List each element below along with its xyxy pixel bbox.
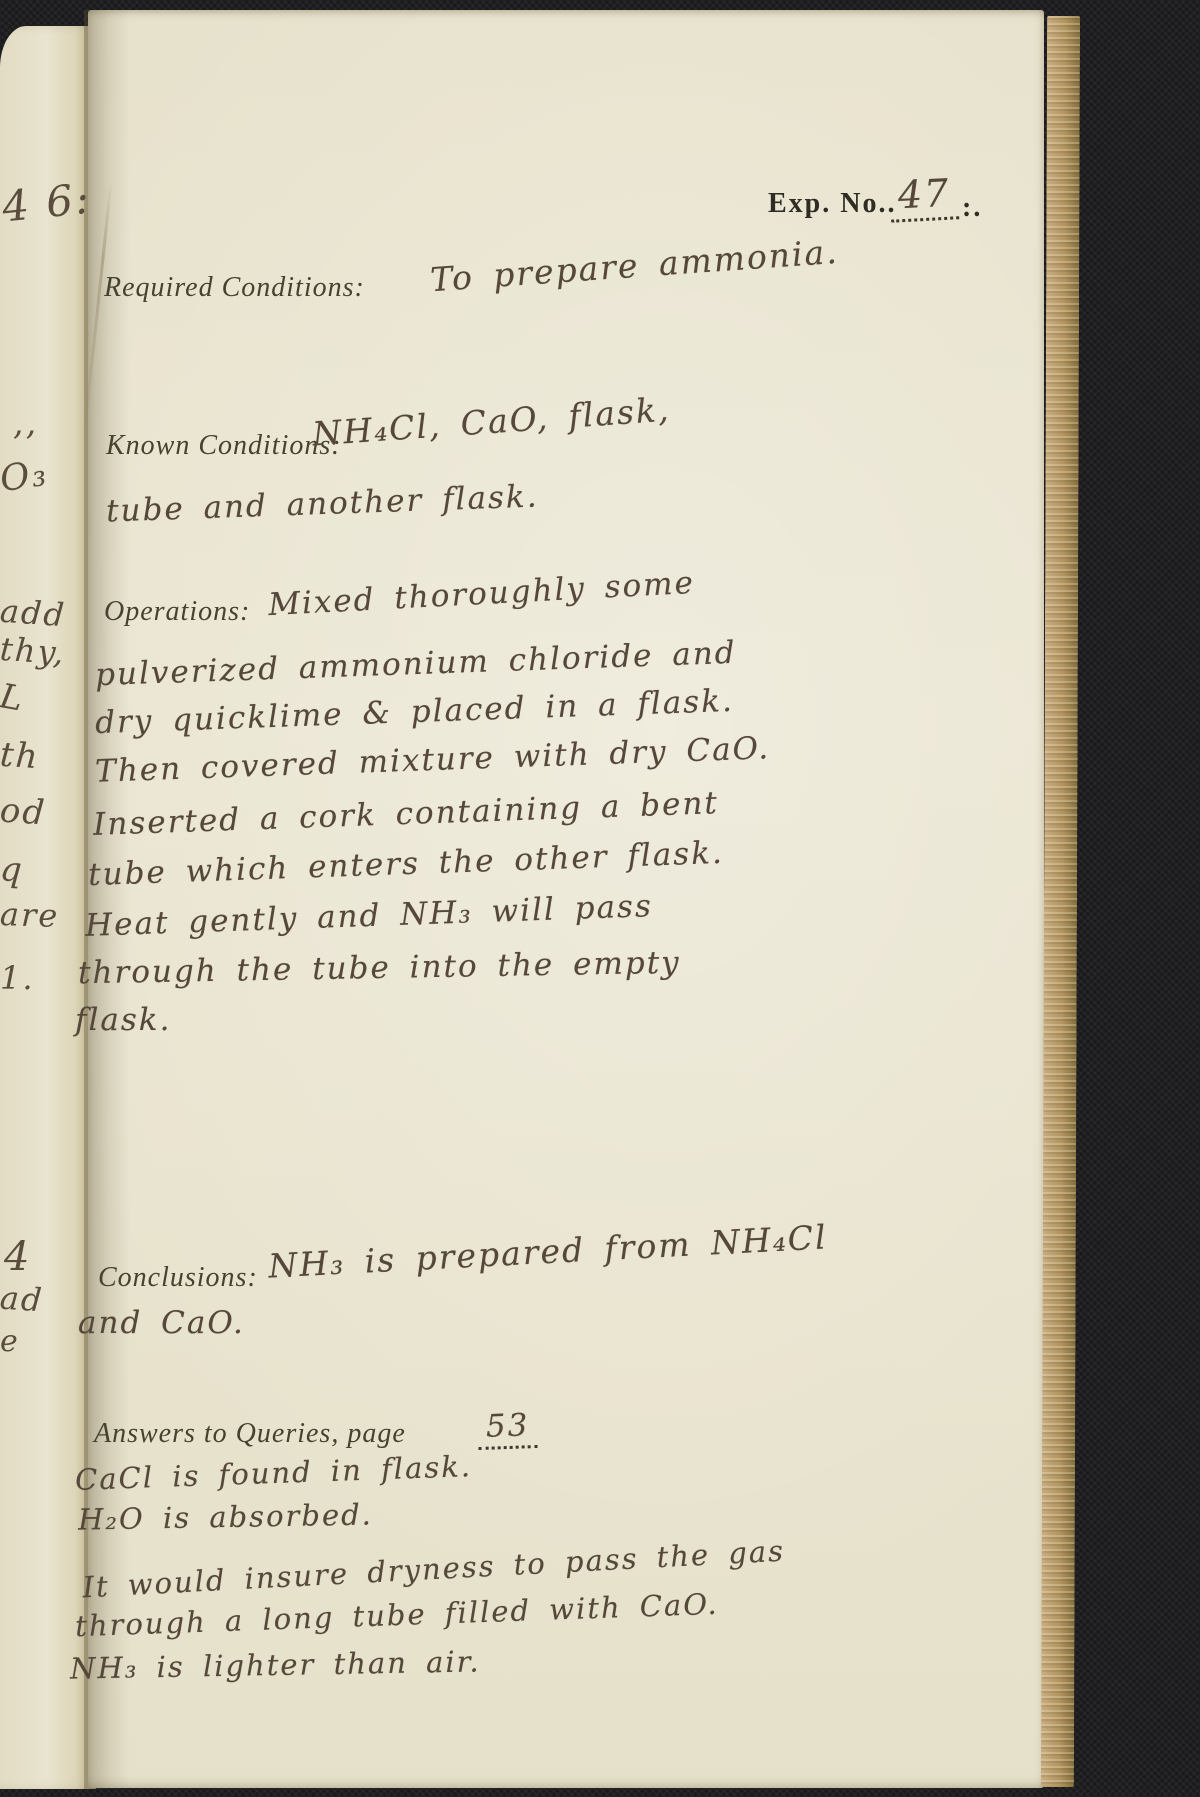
conclusions-line1: NH₃ is prepared from NH₄Cl — [267, 1217, 828, 1285]
conclusions-label: Conclusions: — [98, 1262, 258, 1294]
operations-line: Mixed thoroughly some — [267, 565, 695, 623]
answers-line: NH₃ is lighter than air. — [70, 1644, 481, 1685]
scanned-notebook-photo: 4 6: ’’ O₃ add thy, L th od q are 1. 4 a… — [0, 0, 1200, 1797]
exp-no-suffix: :. — [962, 192, 982, 224]
operations-line: Heat gently and NH₃ will pass — [85, 888, 654, 944]
known-conditions-line2: tube and another flask. — [106, 478, 540, 529]
operations-line: pulverized ammonium chloride and — [95, 635, 738, 693]
exp-no-label: Exp. No.. — [768, 188, 896, 220]
known-conditions-line1: NH₄Cl, CaO, flask, — [311, 390, 671, 454]
operations-line: tube which enters the other flask. — [88, 835, 725, 893]
operations-line: Then covered mixture with dry CaO. — [95, 730, 771, 790]
operations-line: through the tube into the empty — [78, 945, 681, 992]
known-conditions-label: Known Conditions: — [106, 430, 342, 462]
required-conditions-label: Required Conditions: — [104, 272, 365, 304]
operations-line: flask. — [75, 1002, 171, 1038]
required-conditions-handwritten: To prepare ammonia. — [429, 232, 840, 299]
page-content: Exp. No.. 47 :. Required Conditions: To … — [0, 0, 1200, 1797]
answers-page-number: 53 — [477, 1407, 538, 1450]
answers-label: Answers to Queries, page — [94, 1418, 406, 1450]
exp-number-handwritten: 47 — [889, 170, 960, 223]
operations-line: Inserted a cork containing a bent — [93, 785, 720, 843]
operations-label: Operations: — [104, 596, 250, 628]
operations-line: dry quicklime & placed in a flask. — [95, 683, 735, 741]
conclusions-line2: and CaO. — [78, 1305, 245, 1341]
answers-line: H₂O is absorbed. — [78, 1497, 373, 1536]
answers-line: CaCl is found in flask. — [75, 1449, 473, 1497]
